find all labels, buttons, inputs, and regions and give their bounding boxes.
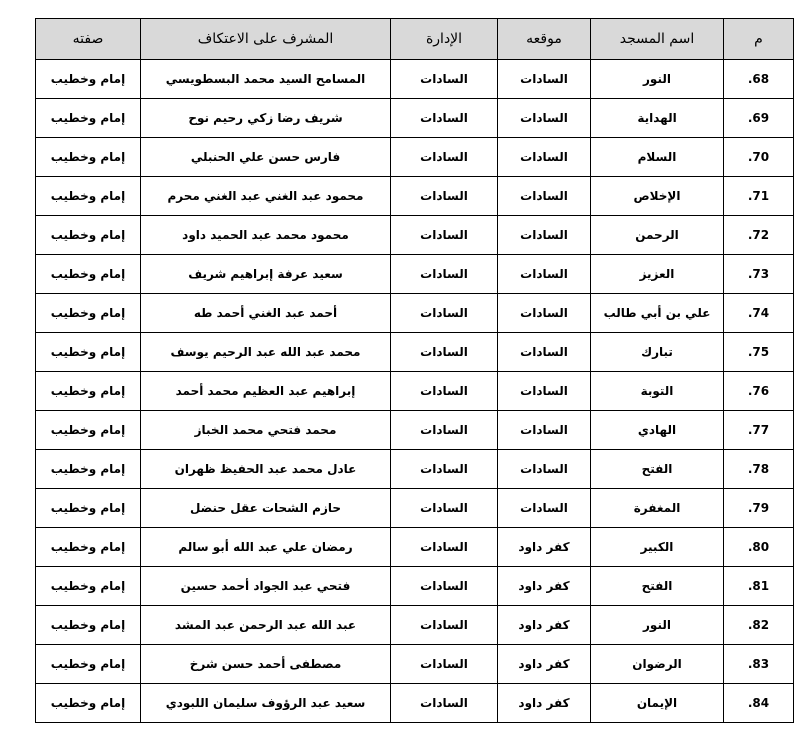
col-header-administration: الإدارة	[391, 19, 498, 60]
cell-mosque-name: الرحمن	[591, 216, 724, 255]
cell-supervisor: فارس حسن علي الحنبلي	[141, 138, 391, 177]
cell-location: السادات	[498, 333, 591, 372]
cell-location: كفر داود	[498, 567, 591, 606]
cell-location: كفر داود	[498, 606, 591, 645]
table-row: .83 الرضوان كفر داود السادات مصطفى أحمد …	[36, 645, 794, 684]
cell-administration: السادات	[391, 645, 498, 684]
cell-supervisor: محمد فتحي محمد الخباز	[141, 411, 391, 450]
col-header-mosque-name: اسم المسجد	[591, 19, 724, 60]
col-header-supervisor: المشرف على الاعتكاف	[141, 19, 391, 60]
cell-role: إمام وخطيب	[36, 606, 141, 645]
cell-administration: السادات	[391, 684, 498, 723]
cell-number: .81	[724, 567, 794, 606]
cell-location: كفر داود	[498, 684, 591, 723]
document-page: م اسم المسجد موقعه الإدارة المشرف على ال…	[0, 0, 804, 747]
cell-mosque-name: السلام	[591, 138, 724, 177]
cell-role: إمام وخطيب	[36, 216, 141, 255]
cell-supervisor: عبد الله عبد الرحمن عبد المشد	[141, 606, 391, 645]
cell-administration: السادات	[391, 255, 498, 294]
cell-mosque-name: الفتح	[591, 450, 724, 489]
table-row: .81 الفتح كفر داود السادات فتحي عبد الجو…	[36, 567, 794, 606]
cell-mosque-name: النور	[591, 606, 724, 645]
cell-role: إمام وخطيب	[36, 567, 141, 606]
cell-mosque-name: الإخلاص	[591, 177, 724, 216]
cell-location: السادات	[498, 60, 591, 99]
cell-number: .75	[724, 333, 794, 372]
table-row: .73 العزيز السادات السادات سعيد عرفة إبر…	[36, 255, 794, 294]
table-row: .74 علي بن أبي طالب السادات السادات أحمد…	[36, 294, 794, 333]
cell-role: إمام وخطيب	[36, 372, 141, 411]
table-row: .82 النور كفر داود السادات عبد الله عبد …	[36, 606, 794, 645]
cell-supervisor: فتحي عبد الجواد أحمد حسين	[141, 567, 391, 606]
cell-administration: السادات	[391, 99, 498, 138]
cell-number: .79	[724, 489, 794, 528]
cell-number: .78	[724, 450, 794, 489]
cell-role: إمام وخطيب	[36, 294, 141, 333]
cell-mosque-name: الرضوان	[591, 645, 724, 684]
cell-supervisor: أحمد عبد الغني أحمد طه	[141, 294, 391, 333]
table-row: .77 الهادي السادات السادات محمد فتحي محم…	[36, 411, 794, 450]
table-row: .70 السلام السادات السادات فارس حسن علي …	[36, 138, 794, 177]
cell-location: السادات	[498, 138, 591, 177]
cell-mosque-name: الفتح	[591, 567, 724, 606]
cell-administration: السادات	[391, 528, 498, 567]
cell-administration: السادات	[391, 216, 498, 255]
cell-mosque-name: الهداية	[591, 99, 724, 138]
cell-role: إمام وخطيب	[36, 450, 141, 489]
cell-number: .68	[724, 60, 794, 99]
cell-mosque-name: الكبير	[591, 528, 724, 567]
col-header-role: صفته	[36, 19, 141, 60]
cell-location: السادات	[498, 216, 591, 255]
table-row: .76 التوبة السادات السادات إبراهيم عبد ا…	[36, 372, 794, 411]
cell-number: .73	[724, 255, 794, 294]
mosque-roster-table: م اسم المسجد موقعه الإدارة المشرف على ال…	[35, 18, 794, 723]
header-row: م اسم المسجد موقعه الإدارة المشرف على ال…	[36, 19, 794, 60]
cell-number: .76	[724, 372, 794, 411]
cell-number: .71	[724, 177, 794, 216]
cell-location: السادات	[498, 372, 591, 411]
col-header-location: موقعه	[498, 19, 591, 60]
cell-location: كفر داود	[498, 528, 591, 567]
cell-administration: السادات	[391, 333, 498, 372]
cell-mosque-name: تبارك	[591, 333, 724, 372]
cell-supervisor: إبراهيم عبد العظيم محمد أحمد	[141, 372, 391, 411]
cell-location: السادات	[498, 255, 591, 294]
cell-number: .69	[724, 99, 794, 138]
cell-role: إمام وخطيب	[36, 489, 141, 528]
cell-location: السادات	[498, 294, 591, 333]
cell-role: إمام وخطيب	[36, 60, 141, 99]
cell-mosque-name: التوبة	[591, 372, 724, 411]
cell-administration: السادات	[391, 606, 498, 645]
cell-role: إمام وخطيب	[36, 684, 141, 723]
cell-location: كفر داود	[498, 645, 591, 684]
cell-supervisor: محمود محمد عبد الحميد داود	[141, 216, 391, 255]
cell-supervisor: المسامح السيد محمد البسطويسي	[141, 60, 391, 99]
cell-number: .83	[724, 645, 794, 684]
cell-number: .72	[724, 216, 794, 255]
cell-number: .77	[724, 411, 794, 450]
table-row: .84 الإيمان كفر داود السادات سعيد عبد ال…	[36, 684, 794, 723]
table-row: .75 تبارك السادات السادات محمد عبد الله …	[36, 333, 794, 372]
cell-administration: السادات	[391, 489, 498, 528]
cell-mosque-name: الإيمان	[591, 684, 724, 723]
cell-location: السادات	[498, 489, 591, 528]
cell-supervisor: شريف رضا زكي رحيم نوح	[141, 99, 391, 138]
table-row: .79 المغفرة السادات السادات حازم الشحات …	[36, 489, 794, 528]
cell-role: إمام وخطيب	[36, 255, 141, 294]
cell-mosque-name: علي بن أبي طالب	[591, 294, 724, 333]
cell-role: إمام وخطيب	[36, 333, 141, 372]
cell-role: إمام وخطيب	[36, 138, 141, 177]
cell-role: إمام وخطيب	[36, 99, 141, 138]
table-row: .68 النور السادات السادات المسامح السيد …	[36, 60, 794, 99]
cell-role: إمام وخطيب	[36, 645, 141, 684]
cell-supervisor: محمود عبد الغني عبد الغني محرم	[141, 177, 391, 216]
cell-administration: السادات	[391, 411, 498, 450]
cell-location: السادات	[498, 411, 591, 450]
cell-administration: السادات	[391, 177, 498, 216]
cell-location: السادات	[498, 177, 591, 216]
table-row: .71 الإخلاص السادات السادات محمود عبد ال…	[36, 177, 794, 216]
cell-administration: السادات	[391, 567, 498, 606]
cell-supervisor: سعيد عرفة إبراهيم شريف	[141, 255, 391, 294]
cell-administration: السادات	[391, 60, 498, 99]
cell-role: إمام وخطيب	[36, 177, 141, 216]
cell-supervisor: سعيد عبد الرؤوف سليمان اللبودي	[141, 684, 391, 723]
cell-supervisor: عادل محمد عبد الحفيظ ظهران	[141, 450, 391, 489]
cell-number: .70	[724, 138, 794, 177]
cell-supervisor: محمد عبد الله عبد الرحيم يوسف	[141, 333, 391, 372]
cell-mosque-name: المغفرة	[591, 489, 724, 528]
cell-role: إمام وخطيب	[36, 528, 141, 567]
cell-number: .80	[724, 528, 794, 567]
cell-mosque-name: النور	[591, 60, 724, 99]
cell-number: .84	[724, 684, 794, 723]
cell-administration: السادات	[391, 450, 498, 489]
cell-mosque-name: الهادي	[591, 411, 724, 450]
cell-administration: السادات	[391, 294, 498, 333]
table-row: .78 الفتح السادات السادات عادل محمد عبد …	[36, 450, 794, 489]
cell-location: السادات	[498, 450, 591, 489]
cell-role: إمام وخطيب	[36, 411, 141, 450]
col-header-number: م	[724, 19, 794, 60]
cell-number: .82	[724, 606, 794, 645]
cell-number: .74	[724, 294, 794, 333]
cell-supervisor: حازم الشحات عقل حنضل	[141, 489, 391, 528]
cell-administration: السادات	[391, 138, 498, 177]
cell-supervisor: مصطفى أحمد حسن شرخ	[141, 645, 391, 684]
cell-administration: السادات	[391, 372, 498, 411]
table-row: .72 الرحمن السادات السادات محمود محمد عب…	[36, 216, 794, 255]
cell-location: السادات	[498, 99, 591, 138]
table-row: .69 الهداية السادات السادات شريف رضا زكي…	[36, 99, 794, 138]
cell-supervisor: رمضان علي عبد الله أبو سالم	[141, 528, 391, 567]
cell-mosque-name: العزيز	[591, 255, 724, 294]
table-row: .80 الكبير كفر داود السادات رمضان علي عب…	[36, 528, 794, 567]
